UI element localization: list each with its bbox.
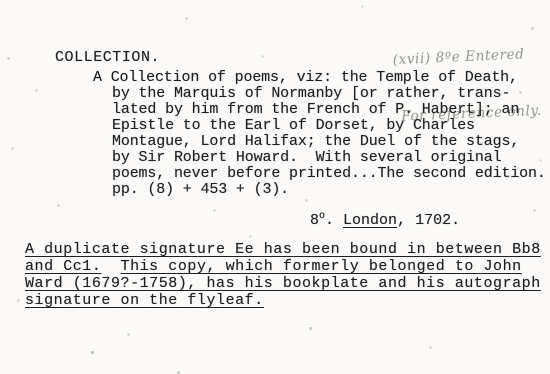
text-segment: . bbox=[325, 212, 343, 229]
text-segment: This copy, which formerly belonged to Jo… bbox=[121, 258, 522, 275]
description-line: A Collection of poems, viz: the Temple o… bbox=[93, 70, 546, 86]
text-segment: Montague, Lord Halifax; the Duel of the … bbox=[112, 133, 519, 150]
description-line: pp. (8) + 453 + (3). bbox=[93, 182, 546, 198]
text-segment: 8 bbox=[310, 212, 319, 229]
handwritten-annotation-line1: (xvii) 8ºe Entered bbox=[392, 45, 539, 70]
text-segment: Ward (1679?-1758), has his bookplate and… bbox=[25, 275, 541, 292]
provenance-note-line: Ward (1679?-1758), has his bookplate and… bbox=[25, 275, 541, 292]
text-segment: by the Marquis of Normanby [or rather, t… bbox=[112, 85, 510, 102]
text-segment: pp. (8) + 453 + (3). bbox=[112, 181, 289, 198]
description-line: Montague, Lord Halifax; the Duel of the … bbox=[93, 134, 546, 150]
text-segment: A Collection of poems, viz: the Temple o… bbox=[93, 69, 518, 86]
text-segment bbox=[101, 258, 120, 275]
description-line: Epistle to the Earl of Dorset, by Charle… bbox=[93, 118, 546, 134]
description-line: poems, never before printed...The second… bbox=[93, 166, 546, 182]
text-segment: poems, never before printed...The second… bbox=[112, 165, 546, 182]
catalog-description: A Collection of poems, viz: the Temple o… bbox=[93, 70, 546, 198]
text-segment: , 1702. bbox=[397, 212, 460, 229]
text-segment: and Cc1. bbox=[25, 258, 101, 275]
provenance-note-line: A duplicate signature Ee has been bound … bbox=[25, 241, 541, 258]
text-segment: signature on the flyleaf. bbox=[25, 292, 264, 309]
provenance-note: A duplicate signature Ee has been bound … bbox=[25, 241, 541, 309]
text-segment: A duplicate signature Ee has been bound … bbox=[25, 241, 541, 258]
catalog-heading: COLLECTION. bbox=[55, 49, 160, 66]
text-segment: lated by him from the French of P. Haber… bbox=[112, 101, 519, 118]
provenance-note-line: and Cc1. This copy, which formerly belon… bbox=[25, 258, 541, 275]
description-line: lated by him from the French of P. Haber… bbox=[93, 102, 546, 118]
description-line: by the Marquis of Normanby [or rather, t… bbox=[93, 86, 546, 102]
provenance-note-line: signature on the flyleaf. bbox=[25, 292, 541, 309]
imprint-line: 8o. London, 1702. bbox=[310, 212, 460, 229]
scan-noise-speckles bbox=[0, 0, 1, 1]
text-segment: Epistle to the Earl of Dorset, by Charle… bbox=[112, 117, 475, 134]
catalog-card-scan: (xvii) 8ºe Entered For reference only. C… bbox=[0, 0, 550, 374]
description-line: by Sir Robert Howard. With several origi… bbox=[93, 150, 546, 166]
imprint-text: 8o. London, 1702. bbox=[310, 212, 460, 229]
text-segment: by Sir Robert Howard. With several origi… bbox=[112, 149, 501, 166]
text-segment: London bbox=[343, 212, 397, 229]
